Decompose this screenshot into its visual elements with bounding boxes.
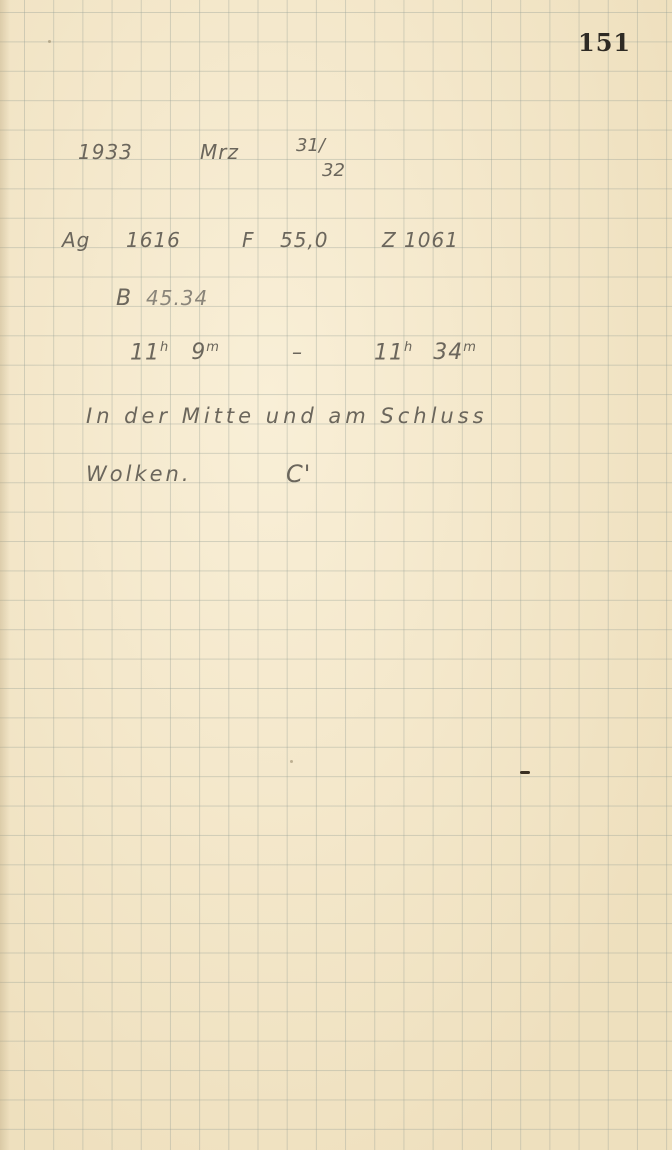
time-start-hour-unit: h (160, 340, 169, 355)
note-line-2-symbol: C' (286, 460, 311, 488)
time-end-min-unit: m (463, 340, 477, 355)
notebook-page: 151 1933 Mrz 31/ 32 Ag 1616 F 55,0 Z 106… (0, 0, 672, 1150)
paper-speck (48, 40, 51, 43)
time-start-min: 9 (191, 340, 206, 365)
time-end-hour-unit: h (404, 340, 413, 355)
page-number: 151 (578, 28, 631, 57)
measure-value-ag: 1616 (126, 228, 181, 252)
ink-mark (520, 771, 530, 774)
time-end-min: 34 (433, 340, 463, 365)
note-line-2-word: Wolken. (86, 462, 192, 486)
time-start: 11h 9m (130, 340, 220, 365)
time-start-min-unit: m (206, 340, 220, 355)
entry-year: 1933 (78, 140, 133, 164)
page-binding-edge (0, 0, 10, 1150)
paper-speck (290, 760, 293, 763)
entry-day-fraction-bottom: 32 (322, 160, 345, 181)
measure-value-z: 1061 (404, 228, 459, 252)
time-end-hour: 11 (374, 340, 404, 365)
b-value: 45.34 (146, 286, 208, 310)
measure-label-z: Z (382, 228, 397, 252)
time-dash: – (292, 340, 303, 364)
note-line-1: In der Mitte und am Schluss (86, 404, 488, 428)
measure-value-f: 55,0 (280, 228, 329, 252)
entry-day-fraction-top: 31/ (296, 135, 325, 156)
b-label: B (116, 286, 132, 311)
measure-label-f: F (242, 228, 255, 252)
entry-month: Mrz (200, 140, 239, 164)
time-end: 11h 34m (374, 340, 477, 365)
time-start-hour: 11 (130, 340, 160, 365)
measure-label-ag: Ag (62, 228, 90, 252)
